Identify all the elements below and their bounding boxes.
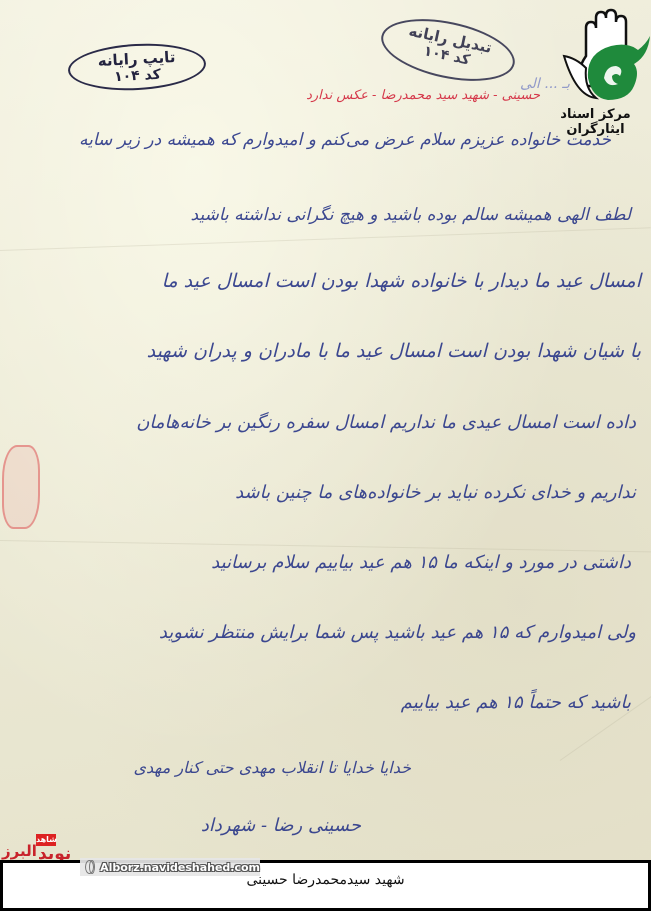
stamp-converted: تبدیل رایانه کد ۱۰۴ xyxy=(376,8,521,91)
brand-region: البرز xyxy=(2,842,37,860)
letter-line: لطف الهی همیشه سالم بوده باشید و هیچ نگر… xyxy=(191,205,631,225)
letter-line: ولی امیدوارم که ۱۵ هم عید باشید پس شما ب… xyxy=(159,622,636,643)
red-annotation: حسینی - شهید سید محمدرضا - عکس ندارد xyxy=(210,88,540,103)
letter-scan: تایپ رایانه کد ۱۰۴ تبدیل رایانه کد ۱۰۴ ح… xyxy=(0,0,651,860)
letter-line: امسال عید ما دیدار با خانواده شهدا بودن … xyxy=(162,270,641,292)
letter-line: خدمت خانواده عزیزم سلام عرض می‌کنم و امی… xyxy=(79,130,611,150)
letter-line: خدایا خدایا تا انقلاب مهدی حتی کنار مهدی xyxy=(134,758,412,777)
letter-line: نداریم و خدای نکرده نباید بر خانواده‌های… xyxy=(235,482,636,503)
letter-line: با شیان شهدا بودن است امسال عید ما با ما… xyxy=(147,340,641,362)
globe-icon xyxy=(85,860,94,874)
letter-line: داشتی در مورد و اینکه ما ۱۵ هم عید بیایی… xyxy=(211,552,631,573)
paper-crease xyxy=(0,227,651,251)
letter-line: داده است امسال عیدی ما نداریم امسال سفره… xyxy=(136,412,636,433)
paper-crease xyxy=(0,540,651,552)
letter-line: باشید که حتماً ۱۵ هم عید بیاییم xyxy=(401,692,631,713)
red-seal-stamp xyxy=(2,445,40,529)
site-url: Alborz.navideshahed.com xyxy=(100,861,260,874)
site-watermark: Alborz.navideshahed.com xyxy=(80,858,260,876)
stamp-typed: تایپ رایانه کد ۱۰۴ xyxy=(67,40,207,93)
logo-text: مرکز اسناد ایثارگران xyxy=(540,107,651,137)
signature: حسینی رضا - شهرداد xyxy=(201,815,361,836)
